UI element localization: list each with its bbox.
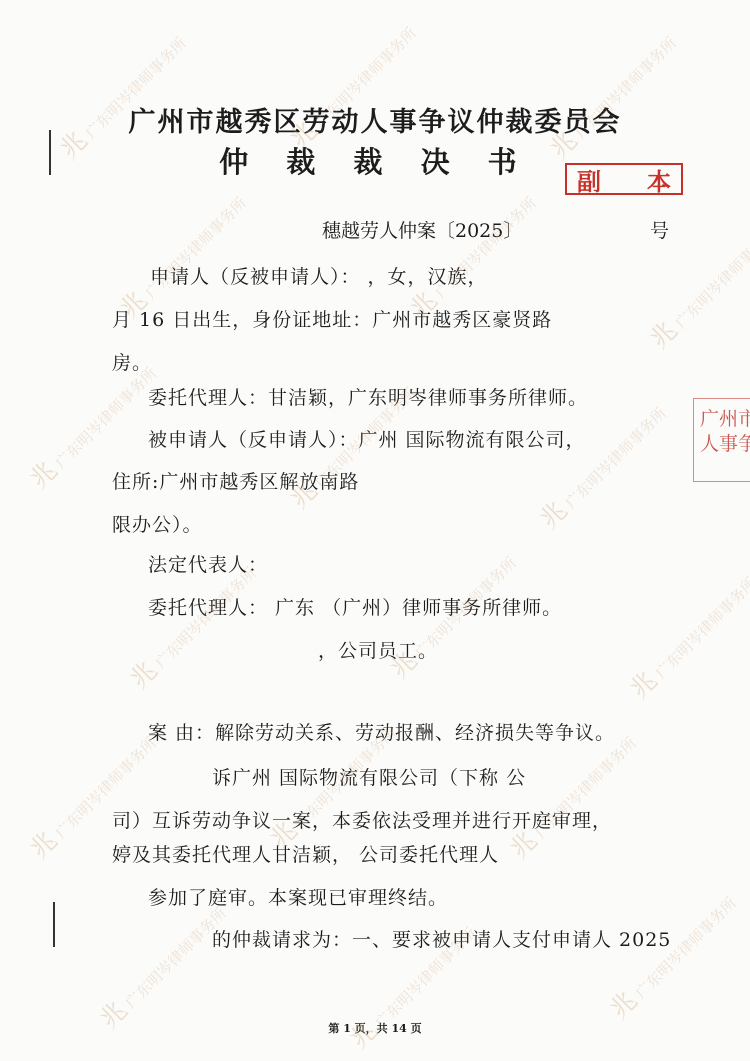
body-line: 月 16 日出生，身份证地址：广州市越秀区豪贤路 xyxy=(112,305,552,332)
case-cause: 案 由：解除劳动关系、劳动报酬、经济损失等争议。 xyxy=(148,718,615,745)
copy-stamp-char-2: 本 xyxy=(647,162,671,197)
page-info: 第 1 页，共 14 页 xyxy=(0,1020,750,1036)
watermark: 兆广东明岑律师事务所 xyxy=(600,883,743,1026)
body-line: 的仲裁请求为：一、要求被申请人支付申请人 2025 xyxy=(212,925,671,952)
copy-stamp: 副 本 xyxy=(565,163,683,195)
watermark: 兆广东明岑律师事务所 xyxy=(620,563,750,706)
margin-mark xyxy=(49,130,51,175)
seal-line-1: 广州市 xyxy=(700,407,750,432)
copy-stamp-char-1: 副 xyxy=(577,162,601,197)
body-line: 限办公）。 xyxy=(112,510,203,537)
body-line: 委托代理人： 广东 （广州）律师事务所律师。 xyxy=(148,593,562,620)
case-number-suffix: 号 xyxy=(650,216,669,243)
body-line: 婷及其委托代理人甘洁颖， 公司委托代理人 xyxy=(112,840,499,867)
margin-mark xyxy=(53,902,55,947)
case-number: 穗越劳人仲案〔2025〕 xyxy=(322,216,522,243)
seal-stamp: 广州市 人事争 xyxy=(693,398,750,482)
body-line: ，公司员工。 xyxy=(318,636,438,663)
body-line: 被申请人（反申请人）：广州 国际物流有限公司， xyxy=(148,425,586,452)
body-line: 法定代表人： xyxy=(148,550,268,577)
body-line: 委托代理人：甘洁颖，广东明岑律师事务所律师。 xyxy=(148,383,588,410)
document-page: 广州市越秀区劳动人事争议仲裁委员会 仲 裁 裁 决 书 副 本 穗越劳人仲案〔2… xyxy=(0,0,750,1061)
watermark: 兆广东明岑律师事务所 xyxy=(530,393,673,536)
body-line: 房。 xyxy=(112,348,152,375)
org-title: 广州市越秀区劳动人事争议仲裁委员会 xyxy=(0,100,750,139)
body-line: 诉广州 国际物流有限公司（下称 公 xyxy=(212,763,526,790)
body-line: 参加了庭审。本案现已审理终结。 xyxy=(148,883,448,910)
seal-line-2: 人事争 xyxy=(700,432,750,457)
body-line: 司）互诉劳动争议一案，本委依法受理并进行开庭审理， xyxy=(112,806,612,833)
watermark: 兆广东明岑律师事务所 xyxy=(90,893,233,1036)
body-line: 申请人（反被申请人）： ，女，汉族， xyxy=(150,262,488,289)
body-line: 住所:广州市越秀区解放南路 xyxy=(112,467,359,494)
